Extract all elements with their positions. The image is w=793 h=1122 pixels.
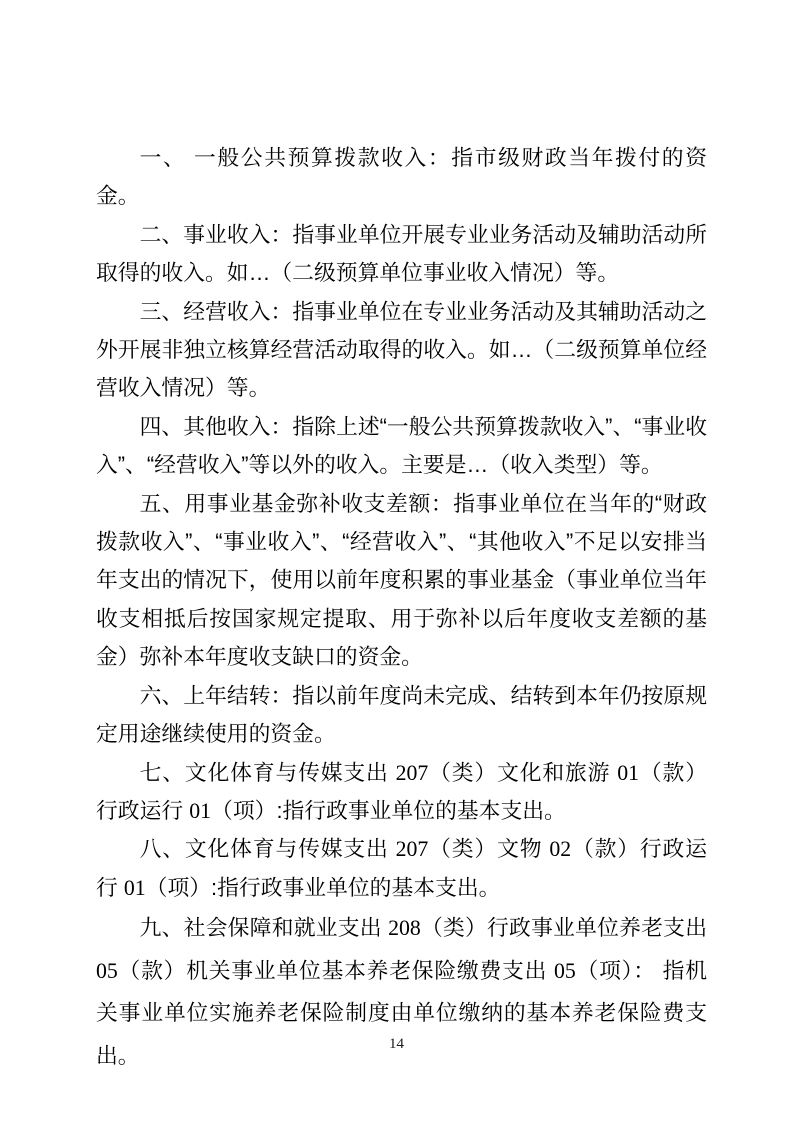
paragraph-7: 七、文化体育与传媒支出 207（类）文化和旅游 01（款）行政运行 01（项）:… bbox=[96, 754, 707, 831]
document-body: 一、 一般公共预算拨款收入：指市级财政当年拨付的资金。 二、事业收入：指事业单位… bbox=[96, 139, 707, 1077]
paragraph-8: 八、文化体育与传媒支出 207（类）文物 02（款）行政运行 01（项）:指行政… bbox=[96, 830, 707, 907]
page-number: 14 bbox=[0, 1036, 793, 1053]
paragraph-2: 二、事业收入：指事业单位开展专业业务活动及辅助活动所取得的收入。如…（二级预算单… bbox=[96, 216, 707, 293]
paragraph-6: 六、上年结转：指以前年度尚未完成、结转到本年仍按原规定用途继续使用的资金。 bbox=[96, 677, 707, 754]
paragraph-4: 四、其他收入：指除上述“一般公共预算拨款收入”、“事业收入”、“经营收入”等以外… bbox=[96, 408, 707, 485]
paragraph-5: 五、用事业基金弥补收支差额：指事业单位在当年的“财政拨款收入”、“事业收入”、“… bbox=[96, 485, 707, 677]
paragraph-3: 三、经营收入：指事业单位在专业业务活动及其辅助活动之外开展非独立核算经营活动取得… bbox=[96, 293, 707, 408]
document-page: 一、 一般公共预算拨款收入：指市级财政当年拨付的资金。 二、事业收入：指事业单位… bbox=[0, 0, 793, 1122]
paragraph-1: 一、 一般公共预算拨款收入：指市级财政当年拨付的资金。 bbox=[96, 139, 707, 216]
